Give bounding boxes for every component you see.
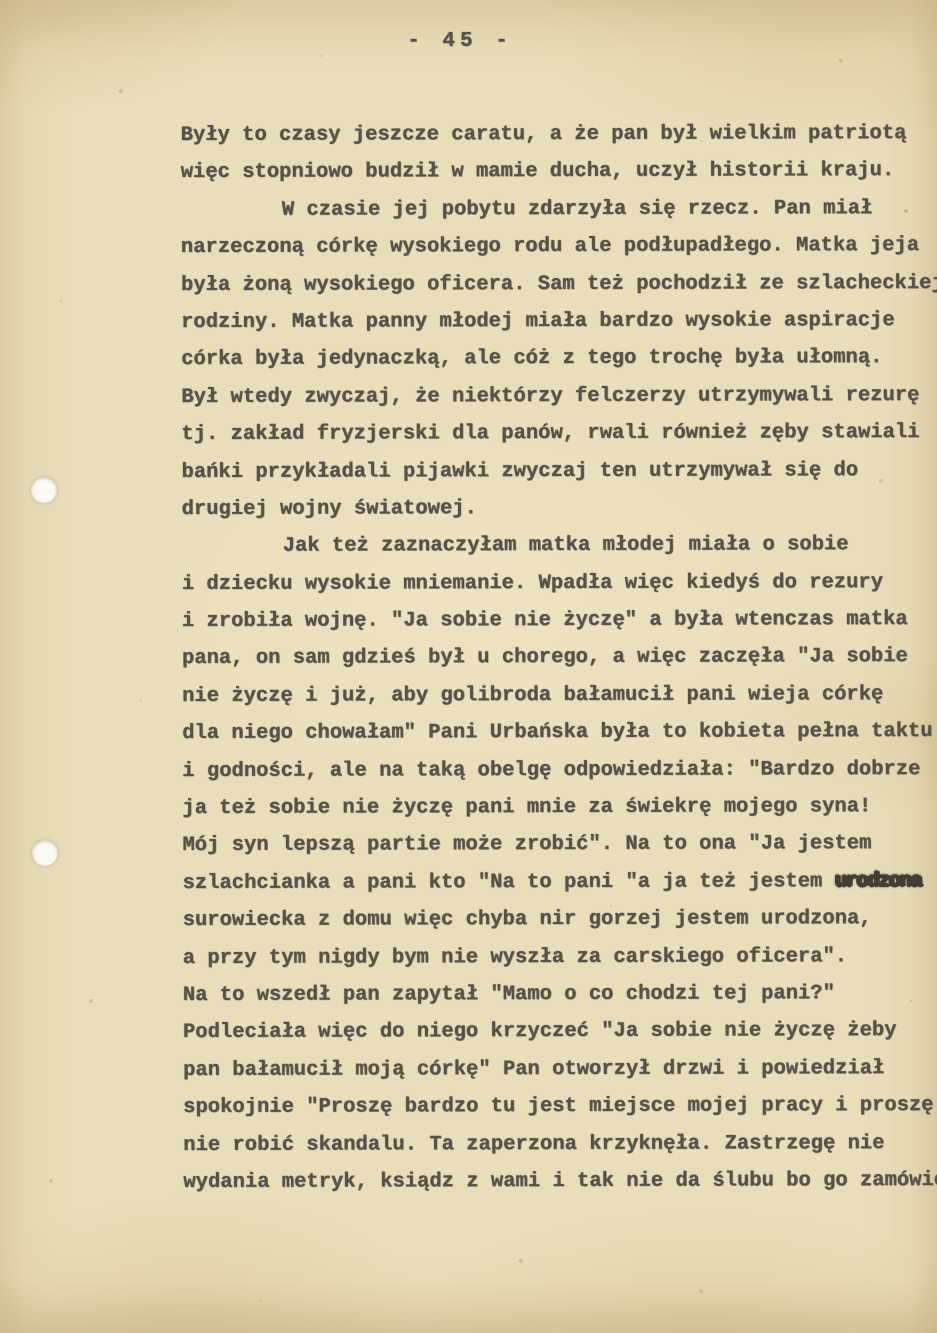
text-line: Podleciała więc do niego krzyczeć "Ja so… xyxy=(183,1012,928,1051)
text-line: córka była jedynaczką, ale cóż z tego tr… xyxy=(181,339,926,378)
text-line: spokojnie "Proszę bardzo tu jest miejsce… xyxy=(183,1087,928,1126)
text-line: szlachcianka a pani kto "Na to pani "a j… xyxy=(183,863,928,902)
text-line: pana, on sam gdzieś był u chorego, a wię… xyxy=(182,638,927,677)
text-line: więc stopniowo budził w mamie ducha, ucz… xyxy=(181,152,926,191)
text-line: Był wtedy zwyczaj, że niektórzy felczerz… xyxy=(181,377,926,416)
text-line: Na to wszedł pan zapytał "Mamo o co chod… xyxy=(183,975,928,1014)
text-segment: Były to czasy jeszcze caratu, a że pan b… xyxy=(181,122,907,147)
text-segment: wydania metryk, ksiądz z wami i tak nie … xyxy=(183,1169,937,1194)
text-segment: Był wtedy zwyczaj, że niektórzy felczerz… xyxy=(181,384,919,409)
punch-hole xyxy=(31,477,57,503)
text-segment: Mój syn lepszą partie może zrobić". Na t… xyxy=(182,833,871,858)
text-line: narzeczoną córkę wysokiego rodu ale podł… xyxy=(181,227,926,266)
text-line: była żoną wysokiego oficera. Sam też poc… xyxy=(181,265,926,304)
text-segment: W czasie jej pobytu zdarzyła się rzecz. … xyxy=(282,197,873,222)
text-line: wydania metryk, ksiądz z wami i tak nie … xyxy=(183,1162,928,1201)
text-block: Były to czasy jeszcze caratu, a że pan b… xyxy=(181,115,929,1201)
text-line: dla niego chowałam" Pani Urbańska była t… xyxy=(182,713,927,752)
text-line: i zrobiła wojnę. "Ja sobie nie życzę" a … xyxy=(182,601,927,640)
text-segment: dla niego chowałam" Pani Urbańska była t… xyxy=(182,720,932,745)
punch-hole xyxy=(32,840,58,866)
text-segment: spokojnie "Proszę bardzo tu jest miejsce… xyxy=(183,1094,933,1119)
text-line: Mój syn lepszą partie może zrobić". Na t… xyxy=(182,825,927,864)
text-line: surowiecka z domu więc chyba nir gorzej … xyxy=(183,900,928,939)
text-line: a przy tym nigdy bym nie wyszła za carsk… xyxy=(183,938,928,977)
text-line: tj. zakład fryzjerski dla panów, rwali r… xyxy=(181,414,926,453)
text-segment: nie robić skandalu. Ta zaperzona krzyknę… xyxy=(183,1132,884,1157)
text-line: i dziecku wysokie mniemanie. Wpadła więc… xyxy=(182,564,927,603)
overstruck-word: urodzona xyxy=(835,870,921,893)
text-line: W czasie jej pobytu zdarzyła się rzecz. … xyxy=(181,190,926,229)
text-segment: rodziny. Matka panny młodej miała bardzo… xyxy=(181,309,895,334)
text-segment: nie życzę i już, aby golibroda bałamucił… xyxy=(182,683,883,708)
text-line: rodziny. Matka panny młodej miała bardzo… xyxy=(181,302,926,341)
text-line: nie życzę i już, aby golibroda bałamucił… xyxy=(182,676,927,715)
text-segment: i godności, ale na taką obelgę odpowiedz… xyxy=(182,758,920,783)
text-line: Były to czasy jeszcze caratu, a że pan b… xyxy=(181,115,926,154)
text-segment: a przy tym nigdy bym nie wyszła za carsk… xyxy=(183,945,847,970)
text-segment: więc stopniowo budził w mamie ducha, ucz… xyxy=(181,159,895,184)
text-segment: bańki przykładali pijawki zwyczaj ten ut… xyxy=(181,459,858,484)
text-segment: pan bałamucił moją córkę" Pan otworzył d… xyxy=(183,1057,884,1082)
text-segment: Podleciała więc do niego krzyczeć "Ja so… xyxy=(183,1019,897,1044)
text-segment: była żoną wysokiego oficera. Sam też poc… xyxy=(181,272,937,297)
text-segment: narzeczoną córkę wysokiego rodu ale podł… xyxy=(181,234,919,259)
text-segment: ja też sobie nie życzę pani mnie za świe… xyxy=(182,795,871,820)
text-segment: i dziecku wysokie mniemanie. Wpadła więc… xyxy=(182,571,883,596)
text-segment: Na to wszedł pan zapytał "Mamo o co chod… xyxy=(183,982,835,1007)
text-line: ja też sobie nie życzę pani mnie za świe… xyxy=(182,788,927,827)
text-segment: Jak też zaznaczyłam matka młodej miała o… xyxy=(283,534,849,558)
scanned-document-page: - 45 - Były to czasy jeszcze caratu, a ż… xyxy=(0,0,937,1333)
text-line: i godności, ale na taką obelgę odpowiedz… xyxy=(182,751,927,790)
text-segment: drugiej wojny światowej. xyxy=(182,497,477,521)
text-line: drugiej wojny światowej. xyxy=(182,489,927,528)
text-segment: tj. zakład fryzjerski dla panów, rwali r… xyxy=(181,421,919,446)
text-line: Jak też zaznaczyłam matka młodej miała o… xyxy=(182,526,927,565)
text-line: nie robić skandalu. Ta zaperzona krzyknę… xyxy=(183,1125,928,1164)
text-segment: surowiecka z domu więc chyba nir gorzej … xyxy=(183,907,872,932)
text-line: pan bałamucił moją córkę" Pan otworzył d… xyxy=(183,1050,928,1089)
text-segment: córka była jedynaczką, ale cóż z tego tr… xyxy=(181,346,882,371)
text-segment: i zrobiła wojnę. "Ja sobie nie życzę" a … xyxy=(182,608,908,633)
text-line: bańki przykładali pijawki zwyczaj ten ut… xyxy=(181,452,926,491)
text-segment: szlachcianka a pani kto "Na to pani "a j… xyxy=(183,870,835,895)
paper-specks xyxy=(0,0,2,2)
page-number: - 45 - xyxy=(0,30,920,53)
text-segment: pana, on sam gdzieś był u chorego, a wię… xyxy=(182,646,908,671)
